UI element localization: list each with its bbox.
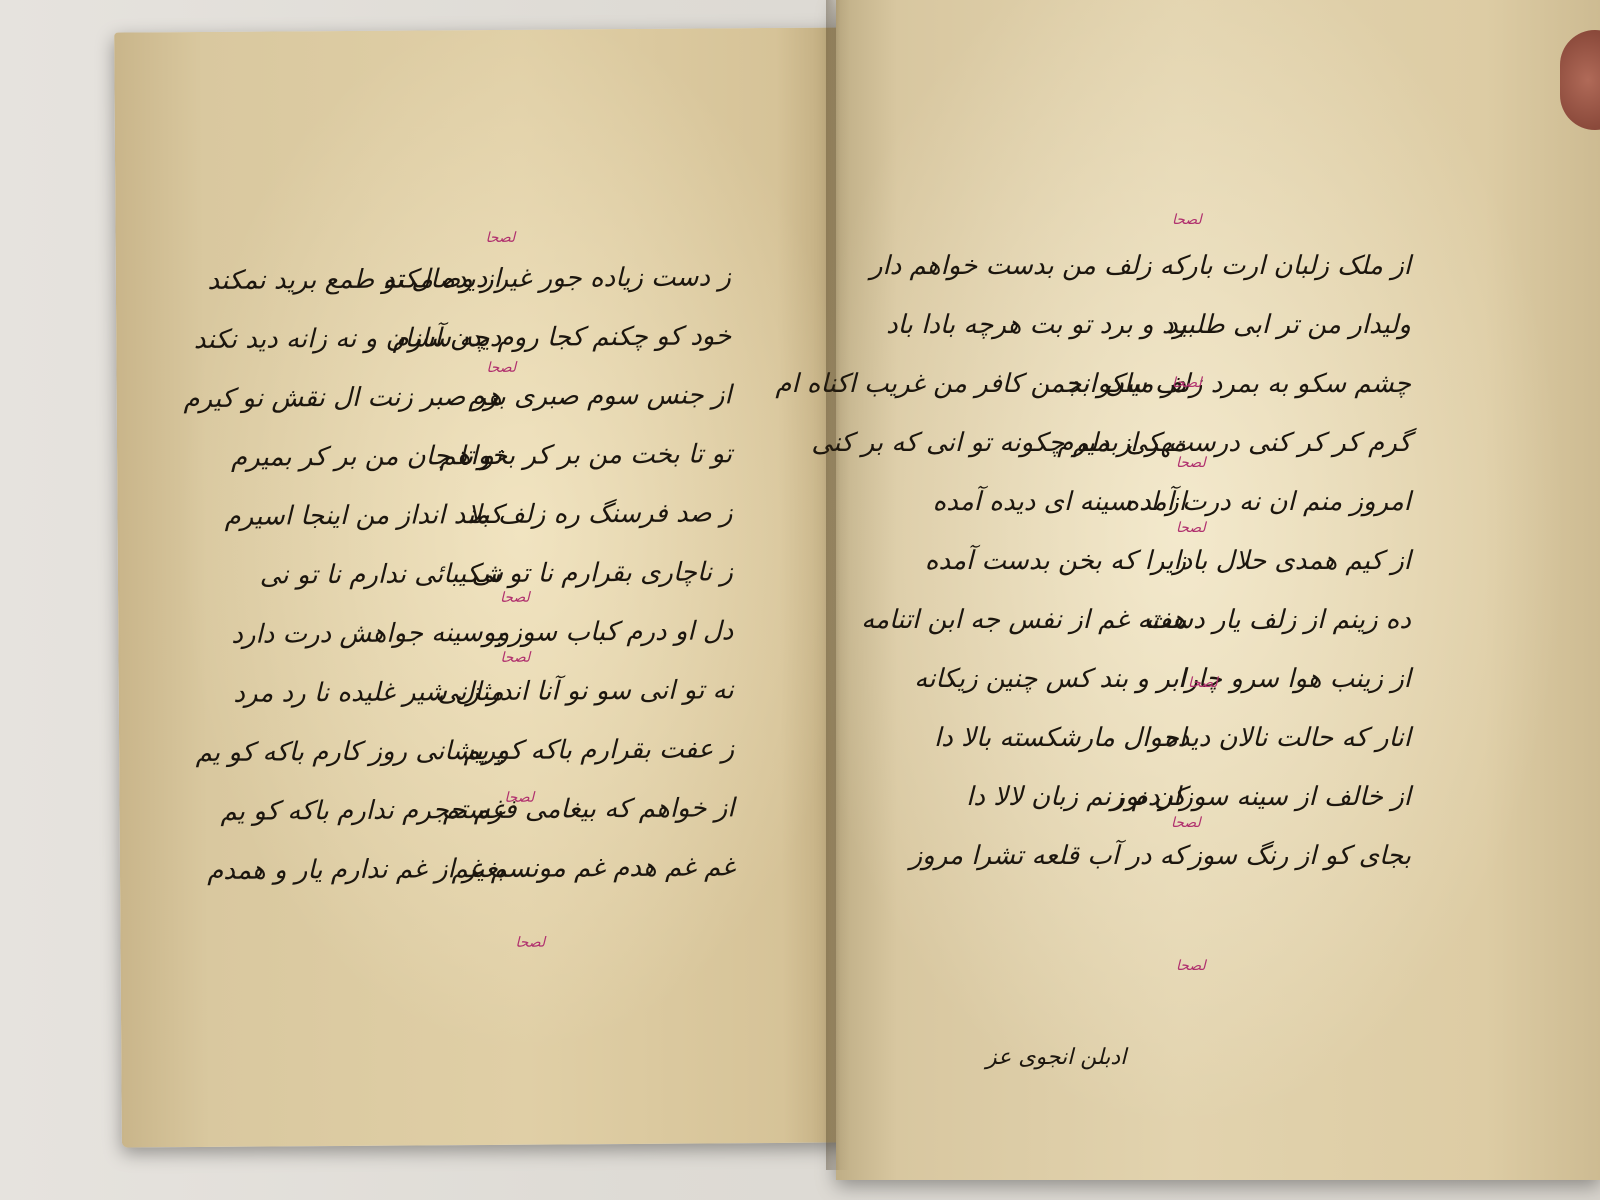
rubric-mark: لصحا — [486, 360, 516, 376]
rubric-mark: لصحا — [500, 590, 530, 606]
verse-line: بجای کو از رنگ سوز — [1206, 827, 1411, 886]
verse-line: رد و برد تو بت هرچه بادا باد — [976, 296, 1186, 355]
rubric-mark: لصحا — [1176, 455, 1206, 471]
left-page-left-column: از وصال تو طمع برید نمکند دیدن آسان و نه… — [301, 250, 506, 900]
verse-line: دیدن آسان و نه زانه دید نکند — [301, 309, 501, 369]
verse-line: ده زینم از زلف یار دست — [1206, 591, 1411, 650]
rubric-mark: لصحا — [1176, 958, 1206, 974]
rubric-mark: لصحا — [1172, 375, 1202, 391]
verse-line: کمند انداز من اینجا اسیرم — [302, 486, 502, 546]
left-page: ز دست زیاده جور غیر دیده مکند خود کو چکن… — [114, 27, 857, 1147]
verse-line: ابر و بند کس چنین زیکانه — [976, 650, 1186, 709]
verse-line: از اد سینه ای دیده آمده — [976, 473, 1186, 532]
verse-line: ولیدار من تر ابی طلبید — [1206, 296, 1411, 355]
verse-line: از وصال تو طمع برید نمکند — [301, 250, 501, 310]
verse-line: تو تا جان من بر کر بمیرم — [302, 427, 502, 487]
right-page-right-column: از ملک زلبان ارت بار ولیدار من تر ابی طل… — [1206, 237, 1411, 886]
verse-line: شکیبائی ندارم نا تو نی — [303, 545, 503, 605]
verse-line: غم حجرم ندارم باکه کو یم — [304, 781, 504, 841]
verse-line: دل او درم کباب سوزو — [518, 602, 733, 662]
verse-line: بغیر از غم ندارم یار و همدم — [305, 840, 505, 900]
verse-line: چشم سکو به بمرد زلف سکو بد — [1206, 355, 1411, 414]
verse-line: امروز منم ان نه درت آمده — [1206, 473, 1411, 532]
verse-line: ز ناچاری بقرارم نا تو نی — [518, 543, 733, 603]
verse-line: خود کو چکنم کجا روم چه سازم — [516, 307, 731, 367]
manuscript-photo: ز دست زیاده جور غیر دیده مکند خود کو چکن… — [0, 0, 1600, 1200]
verse-line: تو تا بخت من بر کر بخواهم — [517, 425, 732, 485]
thumb — [1560, 30, 1600, 130]
verse-line: مهر از دلم چکونه تو انی که بر کنی — [976, 414, 1186, 473]
verse-line: از خواهم که بیغامی فرستم — [519, 779, 734, 839]
book-gutter — [826, 0, 850, 1170]
verse-line: کردم زنم زبان لالا دا — [976, 768, 1186, 827]
verse-line: نه تو انی سو نو آنا اندر زنی — [519, 661, 734, 721]
verse-line: احوال مارشکسته بالا دا — [976, 709, 1186, 768]
rubric-mark: لصحا — [500, 650, 530, 666]
verse-line: از جنس سوم صبری برم — [516, 366, 731, 426]
verse-line: که در آب قلعه تشرا مروز — [976, 827, 1186, 886]
right-page-left-column: که زلف من بدست خواهم دار رد و برد تو بت … — [976, 237, 1186, 886]
verse-line: هفته غم از نفس جه ابن اتنامه — [976, 591, 1186, 650]
rubric-mark: لصحا — [1171, 815, 1201, 831]
page-footer-note: ادبلن انجوی عز — [986, 1045, 1126, 1070]
rubric-mark: لصحا — [1172, 212, 1202, 228]
verse-line: ز عفت بقرارم باکه کو یم — [519, 720, 734, 780]
verse-line: ز صد فرسنگ ره زلف بلا — [517, 484, 732, 544]
verse-line: انار که حالت نالان دیده — [1206, 709, 1411, 768]
verse-line: بوسینه جواهش درت دارد — [303, 604, 503, 664]
verse-line: ز دست زیاده جور غیر دیده مکند — [516, 248, 731, 308]
right-page: از ملک زلبان ارت بار ولیدار من تر ابی طل… — [836, 0, 1600, 1180]
rubric-mark: لصحا — [486, 230, 516, 246]
verse-line: از ملک زلبان ارت بار — [1206, 237, 1411, 296]
rubric-mark: لصحا — [515, 935, 545, 951]
verse-line: که زلف من بدست خواهم دار — [976, 237, 1186, 296]
verse-line: غم غم هدم غم مونسم غم — [520, 838, 735, 898]
verse-line: زیرا که بخن بدست آمده — [976, 532, 1186, 591]
rubric-mark: لصحا — [504, 790, 534, 806]
verse-line: هر صبر زنت ال نقش نو کیرم — [301, 368, 501, 428]
verse-line: پریشانی روز کارم باکه کو یم — [304, 722, 504, 782]
verse-line: مثال شیر غلیده نا رد مرد — [304, 663, 504, 723]
verse-line: گرم کر کر کنی درست کی بمیرم — [1206, 414, 1411, 473]
rubric-mark: لصحا — [1176, 520, 1206, 536]
verse-line: از زینب هوا سرو چارا — [1206, 650, 1411, 709]
verse-line: در میان انجمن کافر من غریب اکناه ام — [976, 355, 1186, 414]
rubric-mark: لصحا — [1188, 675, 1218, 691]
verse-line: از خالف از سینه سوزان نور — [1206, 768, 1411, 827]
left-page-right-column: ز دست زیاده جور غیر دیده مکند خود کو چکن… — [516, 248, 736, 898]
verse-line: از کیم همدی حلال بادا — [1206, 532, 1411, 591]
